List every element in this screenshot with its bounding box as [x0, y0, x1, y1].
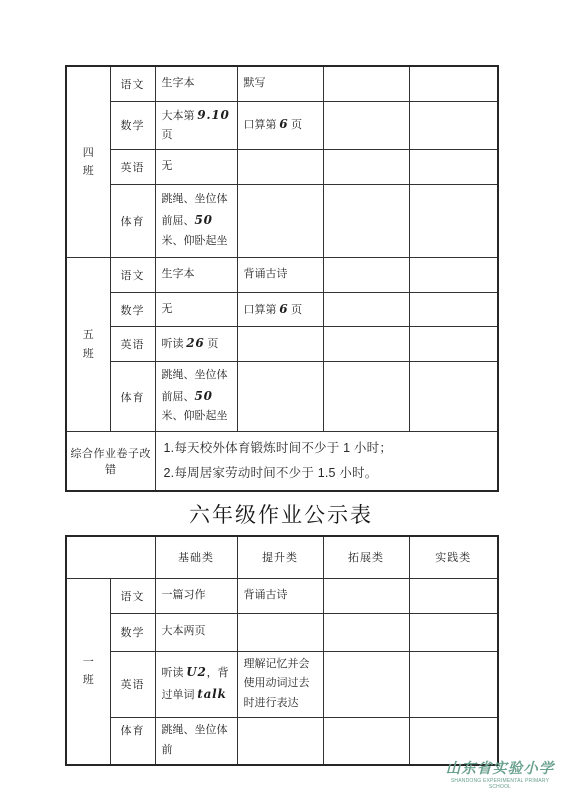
printed-text: 无	[162, 160, 173, 172]
printed-text: 页	[205, 338, 219, 350]
column-header-blank	[66, 536, 155, 578]
class-label-cell: 一班	[66, 578, 110, 764]
homework-cell-improve: 口算第 6 页	[237, 293, 323, 327]
column-header-basic: 基础类	[155, 536, 237, 578]
homework-cell-basic: 大本第 9.10 页	[155, 101, 237, 150]
subject-cell: 英语	[110, 651, 155, 717]
handwritten-text: 9.10	[197, 108, 229, 122]
printed-text: 一篇习作	[162, 589, 206, 601]
class-label: 五班	[82, 326, 94, 362]
handwritten-text: 50	[195, 213, 213, 227]
homework-cell-practice	[409, 651, 498, 717]
printed-text: 米、仰卧起坐	[162, 410, 228, 422]
homework-cell-expand	[323, 101, 409, 150]
homework-cell-improve	[237, 362, 323, 432]
grade6-homework-table: 基础类 提升类 拓展类 实践类 一班 语文 一篇习作 背诵古诗	[65, 535, 499, 765]
printed-text: 口算第	[244, 304, 280, 316]
homework-cell-practice	[409, 717, 498, 764]
homework-cell-practice	[409, 578, 498, 613]
summary-label-cell: 综合作业卷子改错	[66, 432, 155, 492]
printed-text: 跳绳、坐位体前	[162, 724, 228, 756]
subject-cell: 语文	[110, 578, 155, 613]
homework-cell-expand	[323, 258, 409, 293]
summary-line-1: 1.每天校外体育锻炼时间不少于 1 小时；	[164, 436, 494, 461]
subject-cell: 数学	[110, 293, 155, 327]
homework-cell-practice	[409, 327, 498, 362]
class-label: 四班	[82, 144, 94, 180]
homework-cell-basic: 无	[155, 293, 237, 327]
school-name-cn: 山东省实验小学	[441, 761, 559, 777]
handwritten-text: 50	[195, 389, 213, 403]
homework-cell-basic: 听读 U2，背过单词 talk	[155, 651, 237, 717]
summary-content-cell: 1.每天校外体育锻炼时间不少于 1 小时； 2.每周居家劳动时间不少于 1.5 …	[155, 432, 498, 492]
printed-text: 默写	[244, 77, 266, 89]
homework-cell-improve: 默写	[237, 66, 323, 101]
homework-cell-practice	[409, 101, 498, 150]
subject-cell: 语文	[110, 258, 155, 293]
homework-cell-expand	[323, 362, 409, 432]
homework-cell-practice	[409, 185, 498, 258]
class-label: 一班	[82, 653, 94, 689]
homework-cell-basic: 生字本	[155, 66, 237, 101]
printed-text: 背诵古诗	[244, 268, 288, 280]
homework-cell-practice	[409, 293, 498, 327]
homework-cell-improve: 背诵古诗	[237, 258, 323, 293]
homework-cell-improve: 理解记忆并会使用动词过去时进行表达	[237, 651, 323, 717]
homework-cell-improve	[237, 717, 323, 764]
subject-cell: 数学	[110, 101, 155, 150]
homework-cell-expand	[323, 578, 409, 613]
homework-cell-basic: 大本两页	[155, 613, 237, 651]
homework-cell-practice	[409, 150, 498, 185]
homework-cell-improve: 口算第 6 页	[237, 101, 323, 150]
homework-cell-basic: 一篇习作	[155, 578, 237, 613]
printed-text: 大本两页	[162, 625, 206, 637]
printed-text: 听读	[162, 667, 187, 679]
printed-text: 米、仰卧起坐	[162, 235, 228, 247]
printed-text: 听读	[162, 338, 187, 350]
printed-text: 理解记忆并会使用动词过去时进行表达	[244, 658, 310, 710]
printed-text: 页	[288, 119, 302, 131]
column-header-practice: 实践类	[409, 536, 498, 578]
homework-cell-expand	[323, 651, 409, 717]
handwritten-text: 26	[186, 336, 204, 350]
class-label-cell: 四班	[66, 66, 110, 258]
homework-cell-improve	[237, 185, 323, 258]
printed-text: 页	[162, 129, 173, 141]
school-name-en: SHANDONG EXPERIMENTAL PRIMARY SCHOOL	[441, 778, 559, 790]
homework-cell-expand	[323, 613, 409, 651]
subject-cell: 英语	[110, 150, 155, 185]
document-page: 四班 语文 生字本 默写 数学 大本第 9.10 页 口算第 6 页 英语	[0, 0, 565, 800]
printed-text: 页	[288, 304, 302, 316]
printed-text: 生字本	[162, 77, 195, 89]
column-header-improve: 提升类	[237, 536, 323, 578]
homework-cell-expand	[323, 327, 409, 362]
handwritten-text: U2	[186, 665, 206, 679]
homework-cell-expand	[323, 66, 409, 101]
homework-cell-basic: 生字本	[155, 258, 237, 293]
subject-cell: 英语	[110, 327, 155, 362]
subject-cell: 体育	[110, 185, 155, 258]
homework-cell-practice	[409, 362, 498, 432]
homework-cell-practice	[409, 258, 498, 293]
homework-cell-expand	[323, 150, 409, 185]
homework-cell-basic: 跳绳、坐位体前屈、50 米、仰卧起坐	[155, 362, 237, 432]
subject-cell: 体育	[110, 717, 155, 764]
homework-cell-expand	[323, 293, 409, 327]
homework-cell-improve: 背诵古诗	[237, 578, 323, 613]
homework-cell-improve	[237, 150, 323, 185]
subject-cell: 数学	[110, 613, 155, 651]
printed-text: 大本第	[162, 110, 198, 122]
document-content: 四班 语文 生字本 默写 数学 大本第 9.10 页 口算第 6 页 英语	[65, 65, 497, 766]
class-label-cell: 五班	[66, 258, 110, 432]
printed-text: 生字本	[162, 268, 195, 280]
subject-cell: 体育	[110, 362, 155, 432]
page-title: 六年级作业公示表	[65, 492, 497, 535]
grade5-homework-table: 四班 语文 生字本 默写 数学 大本第 9.10 页 口算第 6 页 英语	[65, 65, 499, 492]
homework-cell-basic: 无	[155, 150, 237, 185]
homework-cell-expand	[323, 717, 409, 764]
homework-cell-improve	[237, 613, 323, 651]
homework-cell-basic: 跳绳、坐位体前屈、50 米、仰卧起坐	[155, 185, 237, 258]
summary-line-2: 2.每周居家劳动时间不少于 1.5 小时。	[164, 461, 494, 486]
homework-cell-expand	[323, 185, 409, 258]
homework-cell-practice	[409, 613, 498, 651]
homework-cell-basic: 听读 26 页	[155, 327, 237, 362]
printed-text: 背诵古诗	[244, 589, 288, 601]
handwritten-text: talk	[197, 687, 226, 701]
homework-cell-practice	[409, 66, 498, 101]
printed-text: 口算第	[244, 119, 280, 131]
printed-text: 无	[162, 303, 173, 315]
subject-cell: 语文	[110, 66, 155, 101]
homework-cell-improve	[237, 327, 323, 362]
school-watermark: 山东省实验小学 SHANDONG EXPERIMENTAL PRIMARY SC…	[441, 761, 559, 790]
column-header-expand: 拓展类	[323, 536, 409, 578]
homework-cell-basic: 跳绳、坐位体前	[155, 717, 237, 764]
